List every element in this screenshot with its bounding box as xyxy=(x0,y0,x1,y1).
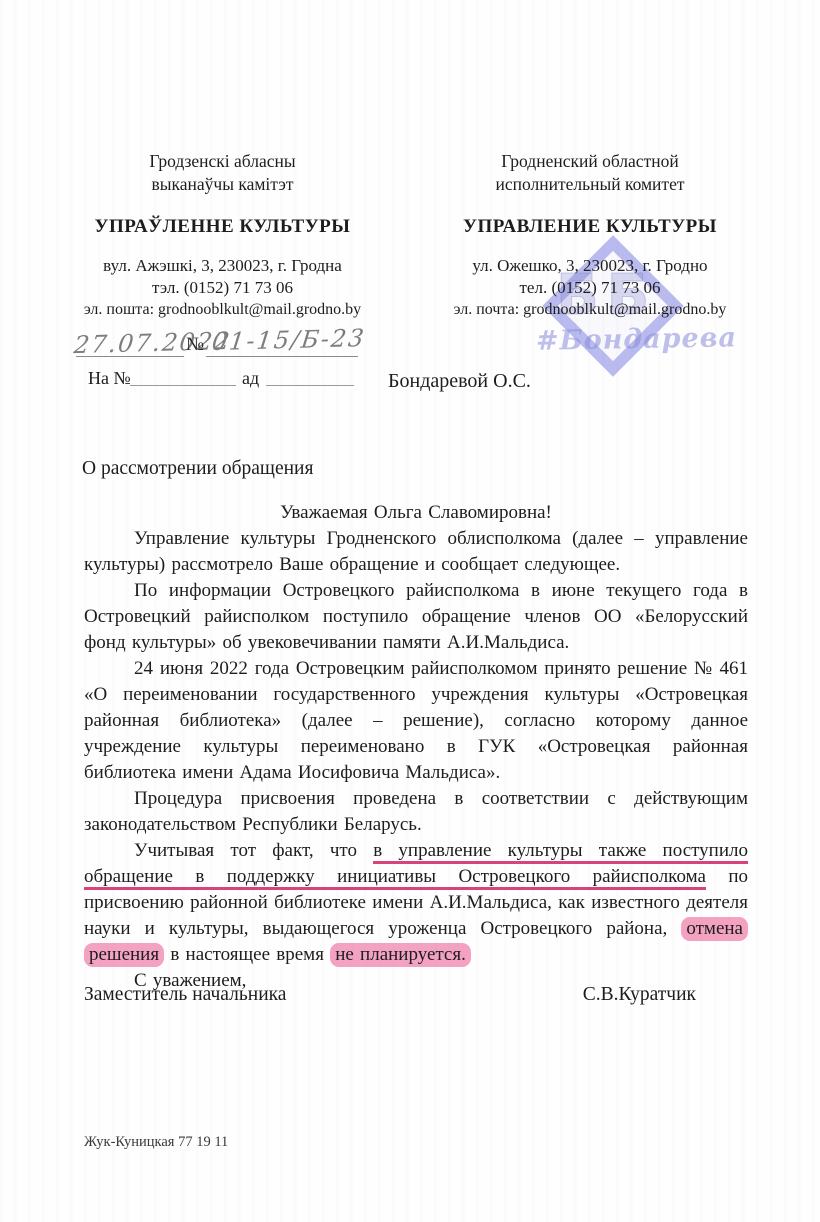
paragraph-5: Учитывая тот факт, что в управление куль… xyxy=(84,838,748,968)
signature-row: Заместитель начальника С.В.Куратчик xyxy=(84,984,696,1006)
handwritten-date: 27.07.2022 xyxy=(72,327,233,359)
paragraph-1: Управление культуры Гродненского облиспо… xyxy=(84,526,748,578)
letter-content: Гродзенскі абласны выканаўчы камітэт УПР… xyxy=(0,0,820,1222)
org-name-line2-by: выканаўчы камітэт xyxy=(60,173,385,196)
reply-to-label: На № xyxy=(88,368,131,389)
phone-by: тэл. (0152) 71 73 06 xyxy=(60,277,385,299)
date-blank-line xyxy=(76,356,184,357)
p5-text: Учитывая тот факт, что xyxy=(134,840,373,861)
executor-note: Жук-Куницкая 77 19 11 xyxy=(84,1134,228,1151)
number-blank-line xyxy=(206,356,358,357)
reply-number-blank-line xyxy=(130,385,236,386)
letterhead-left-column: Гродзенскі абласны выканаўчы камітэт УПР… xyxy=(60,150,385,320)
address-ru: ул. Ожешко, 3, 230023, г. Гродно xyxy=(425,255,755,277)
department-name-ru: УПРАВЛЕНИЕ КУЛЬТУРЫ xyxy=(425,216,755,238)
scanned-letter-page: ББ #Бондарева Гродзенскі абласны выканаў… xyxy=(0,0,820,1222)
org-name-line2-ru: исполнительный комитет xyxy=(425,173,755,196)
reply-date-blank-line xyxy=(266,385,354,386)
number-sign: № xyxy=(186,334,204,356)
signer-name: С.В.Куратчик xyxy=(583,984,696,1006)
letterhead-right-column: Гродненский областной исполнительный ком… xyxy=(425,150,755,320)
org-name-line1-ru: Гродненский областной xyxy=(425,150,755,173)
addressee-name: Бондаревой О.С. xyxy=(388,370,531,393)
address-by: вул. Ажэшкі, 3, 230023, г. Гродна xyxy=(60,255,385,277)
subject-line: О рассмотрении обращения xyxy=(82,458,313,480)
org-name-line1-by: Гродзенскі абласны xyxy=(60,150,385,173)
paragraph-3: 24 июня 2022 года Островецким райисполко… xyxy=(84,656,748,786)
letter-body: Уважаемая Ольга Славомировна! Управление… xyxy=(84,500,748,994)
reply-from-label: ад xyxy=(242,368,259,389)
paragraph-2: По информации Островецкого райисполкома … xyxy=(84,578,748,656)
email-by: эл. пошта: grodnooblkult@mail.grodno.by xyxy=(60,299,385,320)
phone-ru: тел. (0152) 71 73 06 xyxy=(425,277,755,299)
department-name-by: УПРАЎЛЕННЕ КУЛЬТУРЫ xyxy=(60,216,385,238)
p5-text: в настоящее время xyxy=(164,944,330,965)
email-ru: эл. почта: grodnooblkult@mail.grodno.by xyxy=(425,299,755,320)
p5-highlighted-text: не планируется. xyxy=(330,943,471,967)
signer-position: Заместитель начальника xyxy=(84,984,286,1006)
salutation: Уважаемая Ольга Славомировна! xyxy=(84,500,748,526)
handwritten-outgoing-number: 01-15/Б-23 xyxy=(210,324,367,356)
paragraph-4: Процедура присвоения проведена в соответ… xyxy=(84,786,748,838)
